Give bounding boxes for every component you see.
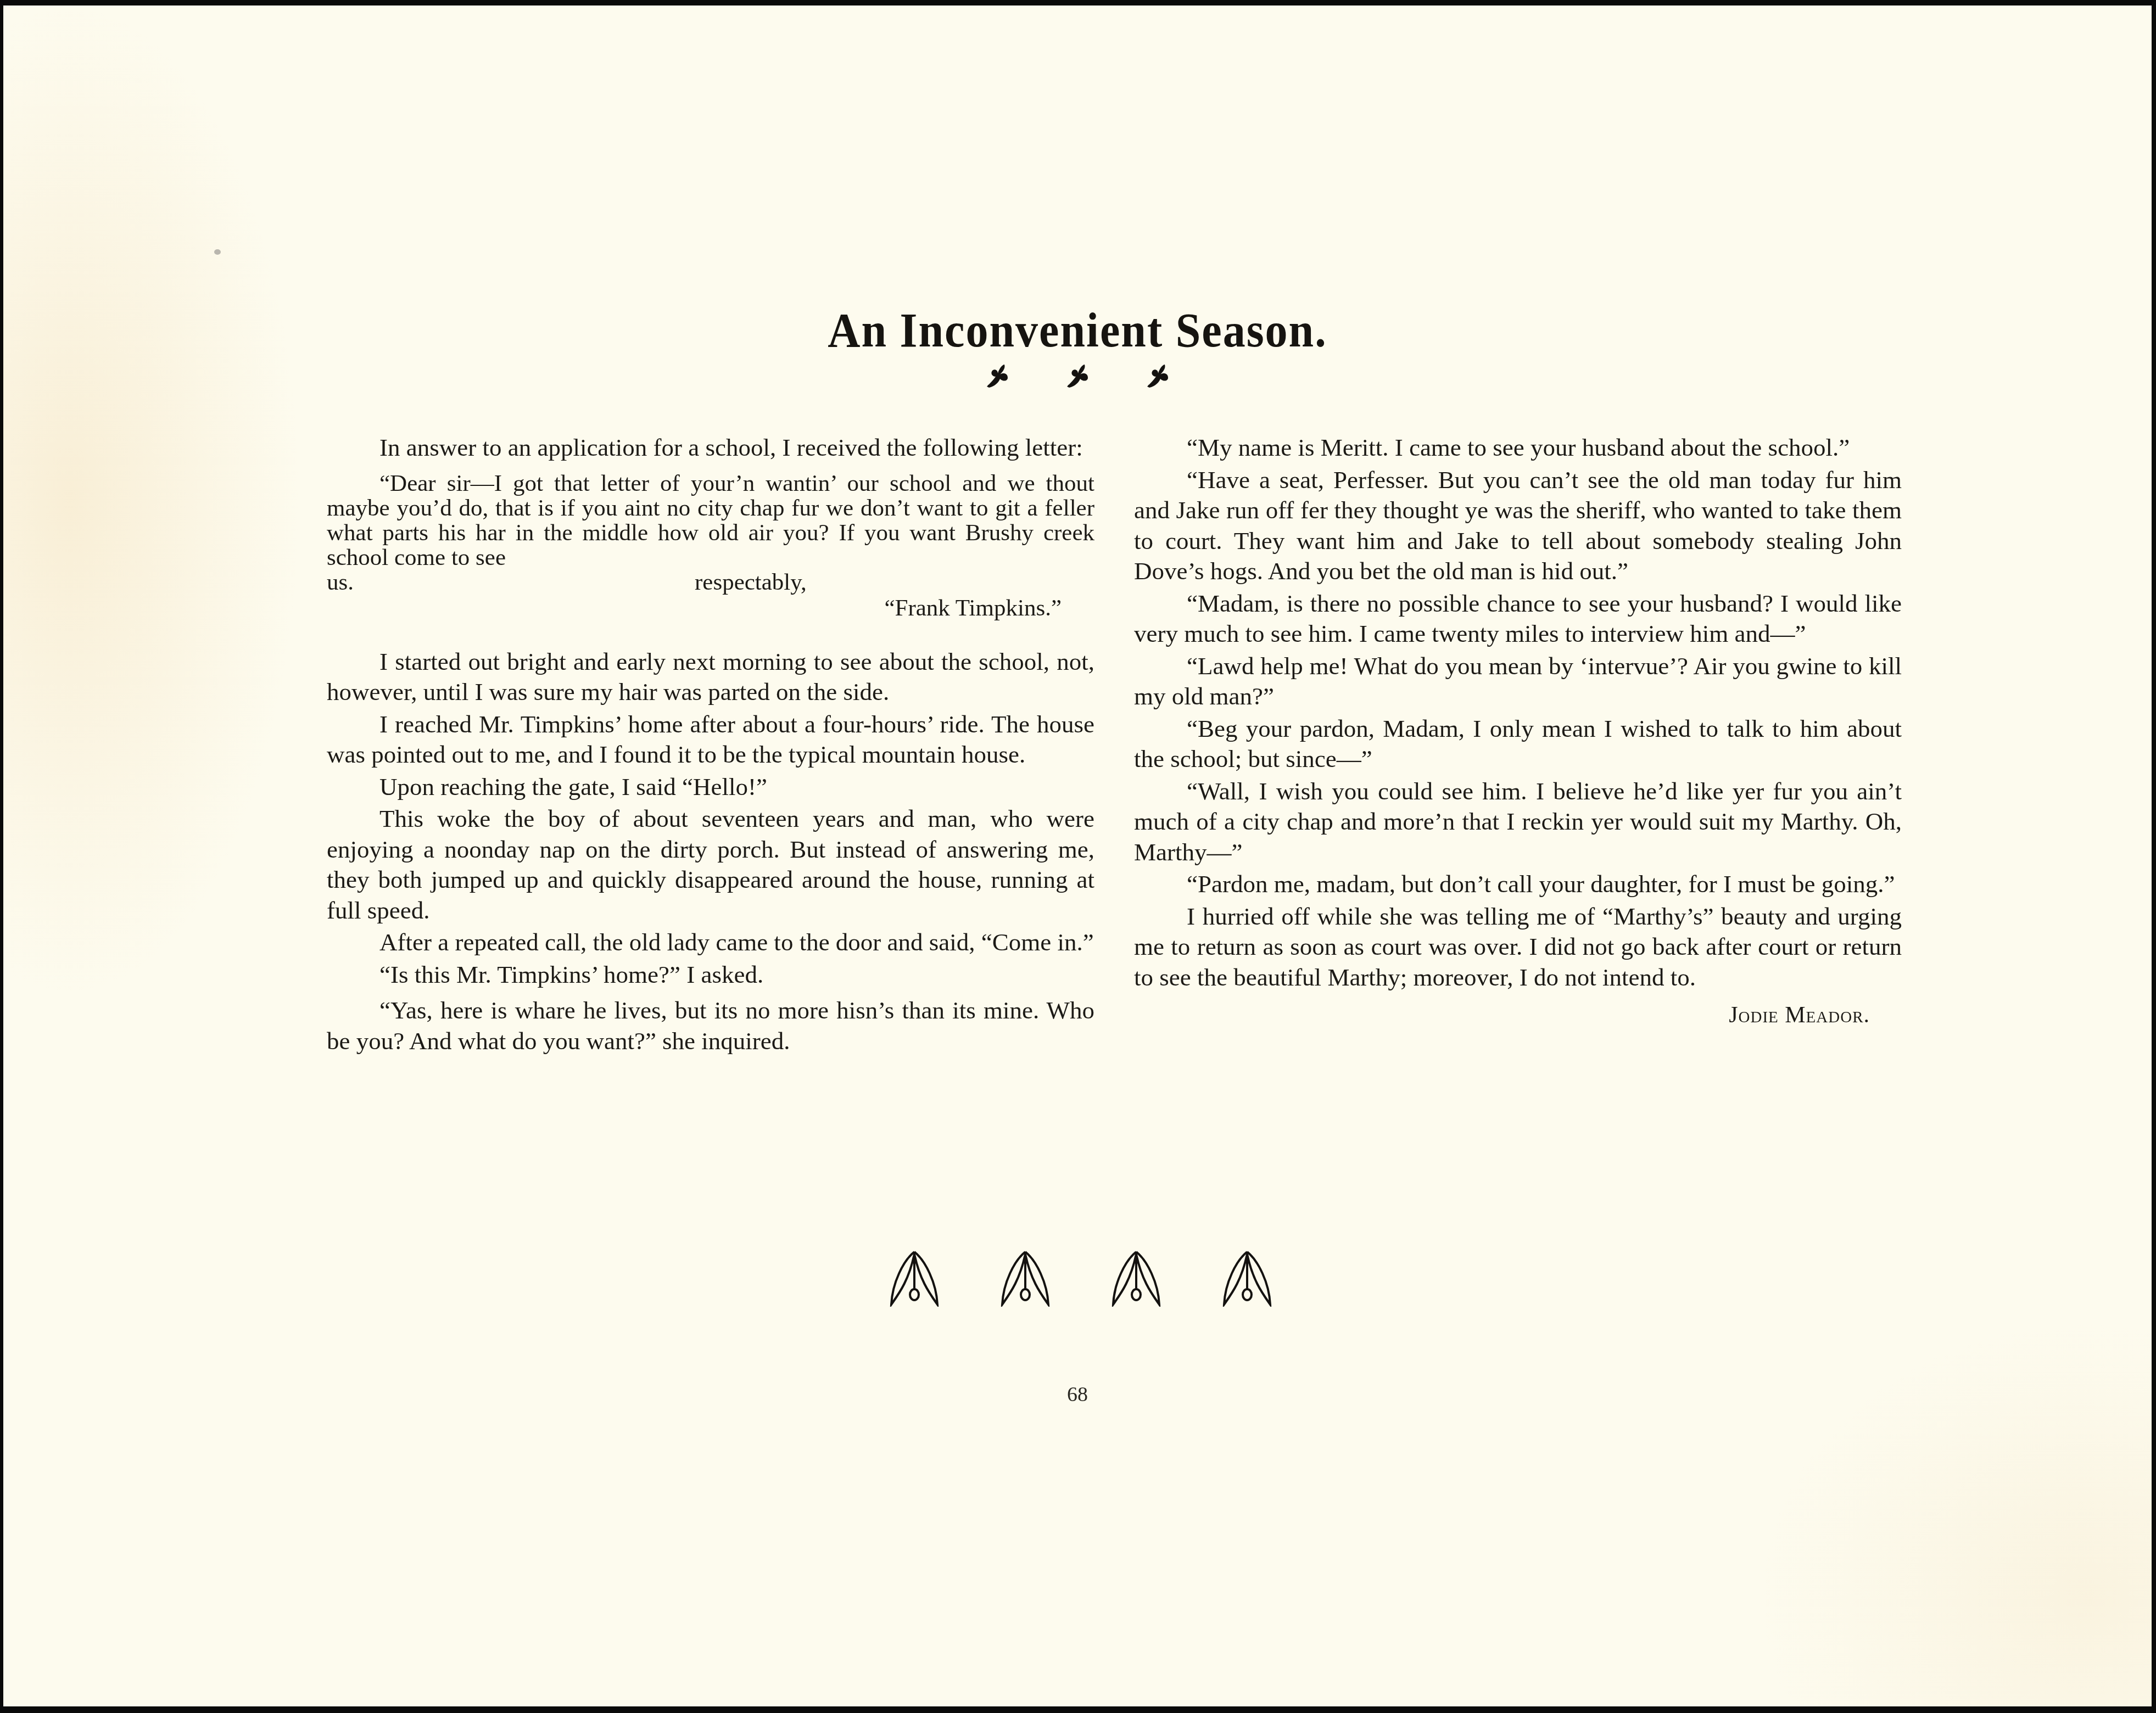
left-column: In answer to an application for a school… [327, 433, 1094, 1058]
author-byline: Jodie Meador. [1134, 1000, 1902, 1031]
paragraph: I hurried off while she was telling me o… [1134, 902, 1902, 993]
paragraph: I reached Mr. Timpkins’ home after about… [327, 709, 1094, 770]
letter-last-word: us. [327, 570, 695, 595]
intro-paragraph: In answer to an application for a school… [327, 433, 1094, 463]
letter-closing-line: us. respectably, [327, 570, 1094, 595]
quoted-letter: “Dear sir—I got that letter of your’n wa… [327, 471, 1094, 620]
page-title: An Inconvenient Season. [3, 303, 2152, 359]
fleuron-icon [982, 361, 1012, 390]
paragraph: This woke the boy of about seventeen yea… [327, 804, 1094, 926]
paragraph: “Pardon me, madam, but don’t call your d… [1134, 869, 1902, 900]
fleuron-icon [1063, 361, 1092, 390]
leaf-ornament-icon [888, 1250, 941, 1307]
letter-closing: respectably, [695, 570, 807, 595]
title-fleurons [3, 361, 2152, 390]
fleuron-icon [1143, 361, 1172, 390]
paragraph: “My name is Meritt. I came to see your h… [1134, 433, 1902, 463]
leaf-ornament-icon [1221, 1250, 1274, 1307]
closing-ornaments [3, 1250, 2155, 1307]
paragraph: I started out bright and early next morn… [327, 647, 1094, 708]
paragraph: “Wall, I wish you could see him. I belie… [1134, 776, 1902, 868]
leaf-ornament-icon [1110, 1250, 1163, 1307]
paragraph: “Have a seat, Perfesser. But you can’t s… [1134, 465, 1902, 587]
paragraph: Upon reaching the gate, I said “Hello!” [327, 772, 1094, 803]
paragraph: “Madam, is there no possible chance to s… [1134, 589, 1902, 650]
paragraph: “Is this Mr. Timpkins’ home?” I asked. [327, 960, 1094, 990]
book-page: An Inconvenient Season. In answer to an … [3, 5, 2152, 1706]
paragraph: “Lawd help me! What do you mean by ‘inte… [1134, 651, 1902, 712]
paragraph: “Yas, here is whare he lives, but its no… [327, 995, 1094, 1056]
paragraph: “Beg your pardon, Madam, I only mean I w… [1134, 714, 1902, 775]
leaf-ornament-icon [999, 1250, 1052, 1307]
paragraph: After a repeated call, the old lady came… [327, 927, 1094, 958]
paper-speck [214, 249, 221, 255]
letter-body: “Dear sir—I got that letter of your’n wa… [327, 471, 1094, 570]
letter-signature: “Frank Timpkins.” [327, 596, 1094, 620]
right-column: “My name is Meritt. I came to see your h… [1134, 433, 1902, 1031]
page-number: 68 [3, 1382, 2152, 1407]
